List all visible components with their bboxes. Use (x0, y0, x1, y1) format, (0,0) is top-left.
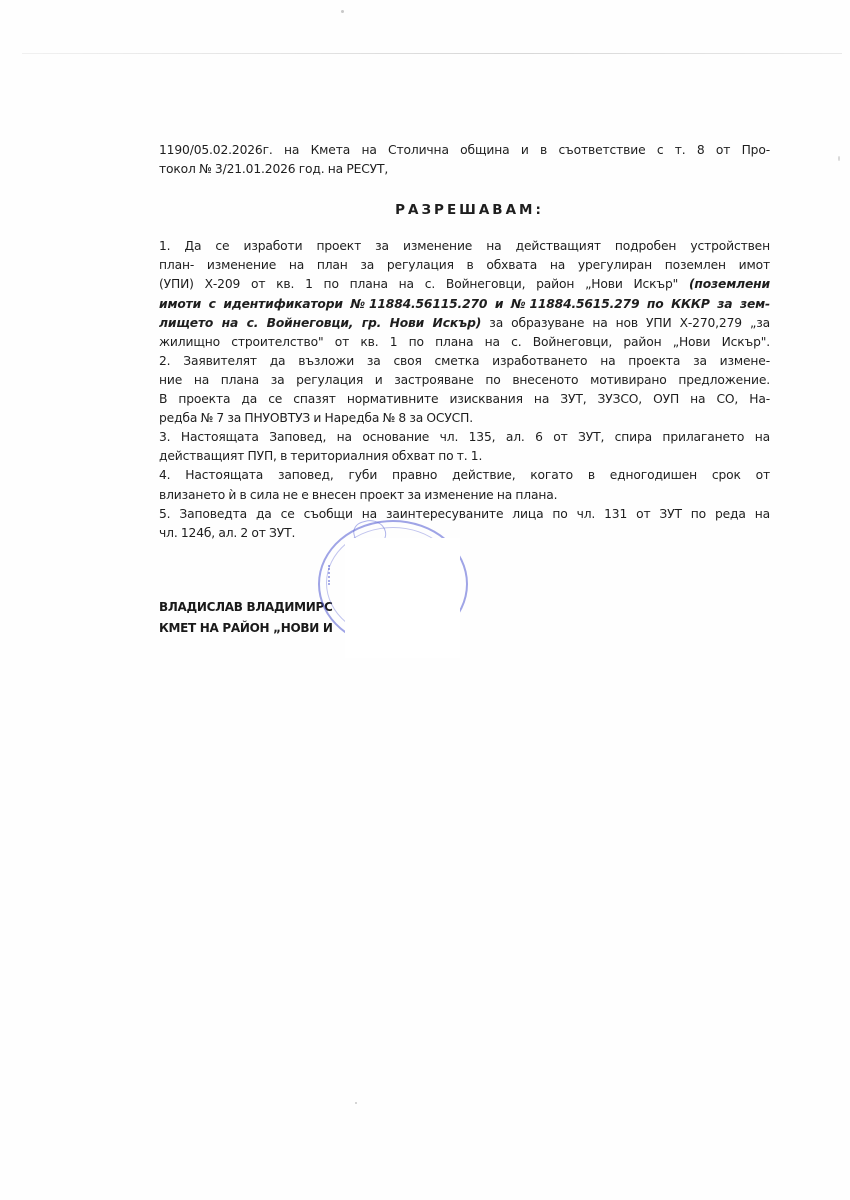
signature-block: ВЛАДИСЛАВ ВЛАДИМИРС КМЕТ НА РАЙОН „НОВИ … (159, 597, 333, 639)
document-body: 1190/05.02.2026г. на Кмета на Столична о… (159, 141, 770, 543)
scan-speck (355, 1102, 357, 1104)
item-line: чл. 124б, ал. 2 от ЗУТ. (159, 524, 770, 543)
item-line: жилищно строителство" от кв. 1 по плана … (159, 333, 770, 352)
item-line: 3. Настоящата Заповед, на основание чл. … (159, 428, 770, 447)
item-line: ние на плана за регулация и застрояване … (159, 371, 770, 390)
redaction-box (345, 538, 460, 658)
section-heading: РАЗРЕШАВАМ: (159, 201, 770, 220)
item-text-italic: (поземлени (689, 277, 770, 291)
item-line: 2. Заявителят да възложи за своя сметка … (159, 352, 770, 371)
item-line: (УПИ) Х-209 от кв. 1 по плана на с. Войн… (159, 275, 770, 294)
scan-edge-line (22, 53, 842, 54)
order-item-5: 5. Заповедта да се съобщи на заинтересув… (159, 505, 770, 543)
item-line: влизането ѝ в сила не е внесен проект за… (159, 486, 770, 505)
item-text: (УПИ) Х-209 от кв. 1 по плана на с. Войн… (159, 277, 689, 291)
item-line: план- изменение на план за регулация в о… (159, 256, 770, 275)
order-item-1: 1. Да се изработи проект за изменение на… (159, 237, 770, 352)
item-line: 5. Заповедта да се съобщи на заинтересув… (159, 505, 770, 524)
item-line: В проекта да се спазят нормативните изис… (159, 390, 770, 409)
intro-line: 1190/05.02.2026г. на Кмета на Столична о… (159, 141, 770, 160)
item-line: действащият ПУП, в териториалния обхват … (159, 447, 770, 466)
order-item-2: 2. Заявителят да възложи за своя сметка … (159, 352, 770, 428)
document-page: 1190/05.02.2026г. на Кмета на Столична о… (0, 0, 850, 1200)
order-item-4: 4. Настоящата заповед, губи правно дейст… (159, 466, 770, 504)
scan-speck (838, 156, 840, 161)
intro-line: токол № 3/21.01.2026 год. на РЕСУТ, (159, 160, 770, 179)
signatory-name: ВЛАДИСЛАВ ВЛАДИМИРС (159, 597, 333, 618)
item-line: редба № 7 за ПНУОВТУЗ и Наредба № 8 за О… (159, 409, 770, 428)
order-item-3: 3. Настоящата Заповед, на основание чл. … (159, 428, 770, 466)
signatory-title: КМЕТ НА РАЙОН „НОВИ И (159, 618, 333, 639)
intro-paragraph: 1190/05.02.2026г. на Кмета на Столична о… (159, 141, 770, 179)
scan-speck (341, 10, 344, 13)
item-line: имоти с идентификатори №11884.56115.270 … (159, 295, 770, 314)
item-text-italic: лището на с. Войнеговци, гр. Нови Искър) (159, 316, 481, 330)
item-line: 4. Настоящата заповед, губи правно дейст… (159, 466, 770, 485)
stamp-dots (328, 565, 332, 585)
item-text: за образуване на нов УПИ Х-270,279 „за (481, 316, 770, 330)
item-line: 1. Да се изработи проект за изменение на… (159, 237, 770, 256)
item-line: лището на с. Войнеговци, гр. Нови Искър)… (159, 314, 770, 333)
